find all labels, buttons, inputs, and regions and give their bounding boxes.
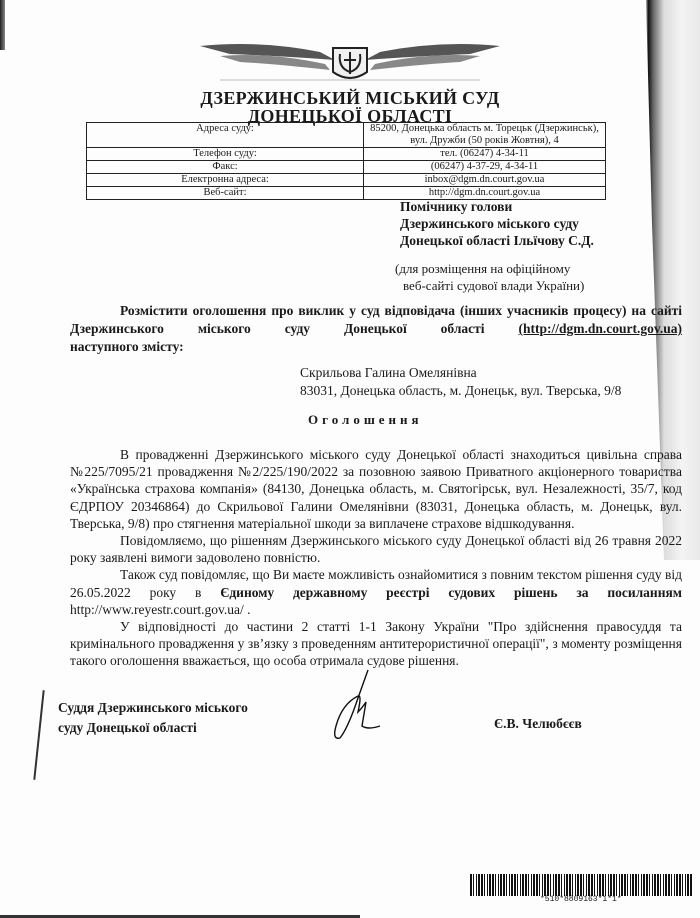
barcode xyxy=(470,874,692,896)
request-text-3: наступного змісту: xyxy=(70,338,682,356)
trident-emblem-icon xyxy=(200,38,500,86)
notice-title: Оголошення xyxy=(308,412,423,428)
publication-request: Розмістити оголошення про виклик у суд в… xyxy=(70,302,682,356)
judge-position-line2: суду Донецької області xyxy=(58,718,248,738)
contact-value-email[interactable]: inbox@dgm.dn.court.gov.ua xyxy=(364,174,606,187)
notice-paragraph-1: В провадженні Дзержинського міського суд… xyxy=(70,446,682,532)
address-line2: вул. Дружби (50 років Жовтня), 4 xyxy=(368,135,601,147)
contact-label: Телефон суду: xyxy=(87,148,364,161)
addressee-note-line1: (для розміщення на офіційному xyxy=(395,260,584,277)
request-text-1: Розмістити оголошення xyxy=(120,303,271,318)
recipient-block: Скрильова Галина Омелянівна 83031, Донец… xyxy=(300,364,621,400)
contact-label: Факс: xyxy=(87,161,364,174)
contact-value: (06247) 4-37-29, 4-34-11 xyxy=(364,161,606,174)
judge-name: Є.В. Челюбєєв xyxy=(494,716,582,732)
notice-paragraph-2: Повідомляємо, що рішенням Дзержинського … xyxy=(70,532,682,566)
court-website-link[interactable]: (http://dgm.dn.court.gov.ua) xyxy=(518,321,682,336)
notice-paragraph-3: Також суд повідомляє, що Ви маєте можлив… xyxy=(70,566,682,618)
contact-row-address: Адреса суду: 85200, Донецька область м. … xyxy=(87,123,606,148)
addressee-block: Помічнику голови Дзержинського міського … xyxy=(400,198,594,249)
recipient-name: Скрильова Галина Омелянівна xyxy=(300,364,621,382)
register-name: Єдиному державному реєстрі судових рішен… xyxy=(220,585,682,600)
addressee-note-line2: веб-сайті судової влади України) xyxy=(395,277,584,294)
contact-label: Веб-сайт: xyxy=(87,187,364,200)
addressee-line3: Донецької області Ільїчову С.Д. xyxy=(400,232,594,249)
contact-row-email: Електронна адреса: inbox@dgm.dn.court.go… xyxy=(87,174,606,187)
contact-value: тел. (06247) 4-34-11 xyxy=(364,148,606,161)
court-contacts-table: Адреса суду: 85200, Донецька область м. … xyxy=(86,122,606,200)
scan-shadow-left xyxy=(0,0,5,50)
addressee-line1: Помічнику голови xyxy=(400,198,594,215)
signature-icon xyxy=(318,668,398,744)
contact-row-phone: Телефон суду: тел. (06247) 4-34-11 xyxy=(87,148,606,161)
recipient-address: 83031, Донецька область, м. Донецьк, вул… xyxy=(300,382,621,400)
margin-pen-mark xyxy=(33,690,44,780)
barcode-number: *510*8809163*1*1* xyxy=(540,895,622,904)
addressee-line2: Дзержинського міського суду xyxy=(400,215,594,232)
judge-position-line1: Суддя Дзержинського міського xyxy=(58,698,248,718)
notice-paragraph-4: У відповідності до частини 2 статті 1-1 … xyxy=(70,618,682,670)
contact-label: Електронна адреса: xyxy=(87,174,364,187)
contact-row-fax: Факс: (06247) 4-37-29, 4-34-11 xyxy=(87,161,606,174)
contact-value: 85200, Донецька область м. Торецьк (Дзер… xyxy=(364,123,606,148)
register-link[interactable]: http://www.reyestr.court.gov.ua/ . xyxy=(70,602,250,617)
judge-position: Суддя Дзержинського міського суду Донець… xyxy=(58,698,248,738)
addressee-note: (для розміщення на офіційному веб-сайті … xyxy=(395,260,584,294)
address-line1: 85200, Донецька область м. Торецьк (Дзер… xyxy=(368,123,601,135)
contact-label: Адреса суду: xyxy=(87,123,364,148)
notice-body: В провадженні Дзержинського міського суд… xyxy=(70,446,682,670)
